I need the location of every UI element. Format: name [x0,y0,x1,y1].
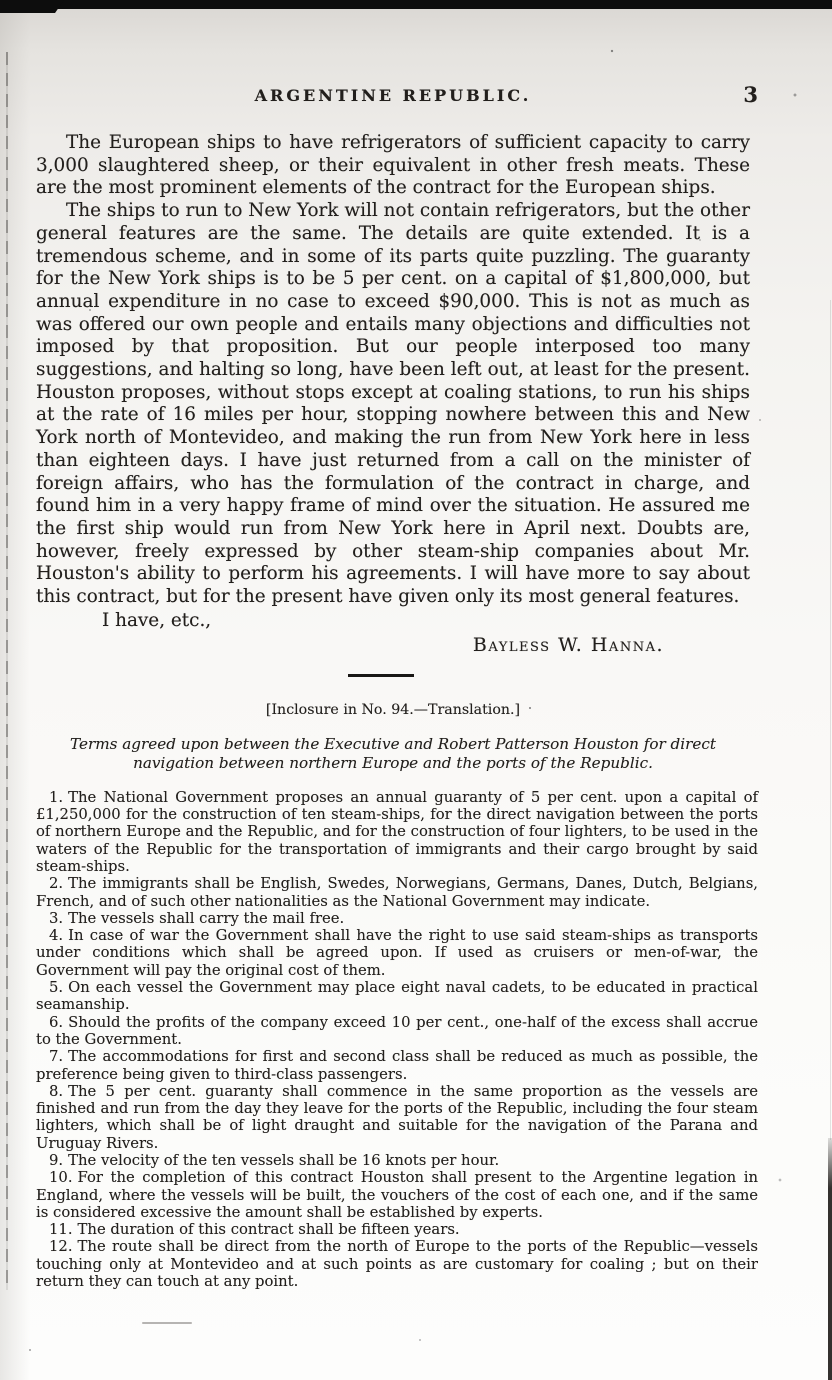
term-number: 4. [49,927,68,944]
terms-list: 1.The National Government proposes an an… [36,789,758,1291]
term-number: 9. [49,1152,68,1169]
term-text: In case of war the Government shall have… [36,927,758,979]
term-number: 8. [49,1083,68,1100]
term-text: The vessels shall carry the mail free. [68,910,344,927]
term-item: 2.The immigrants shall be English, Swede… [36,875,758,910]
term-item: 1.The National Government proposes an an… [36,789,758,875]
term-number: 1. [49,789,68,806]
term-item: 5.On each vessel the Government may plac… [36,979,758,1014]
term-item: 8.The 5 per cent. guaranty shall commenc… [36,1083,758,1152]
term-item: 11.The duration of this contract shall b… [36,1221,758,1238]
term-text: The accommodations for first and second … [36,1048,758,1082]
page-content: ARGENTINE REPUBLIC. 3 The European ships… [36,86,750,1290]
letter-closing: I have, etc., [36,609,750,632]
term-text: The 5 per cent. guaranty shall commence … [36,1083,758,1152]
term-text: The route shall be direct from the north… [36,1238,758,1290]
term-number: 3. [49,910,68,927]
letter-signature: Bayless W. Hanna. [36,634,750,657]
term-text: The velocity of the ten vessels shall be… [68,1152,499,1169]
term-text: For the completion of this contract Hous… [36,1169,758,1221]
term-number: 11. [49,1221,78,1238]
term-text: On each vessel the Government may place … [36,979,758,1013]
running-title: ARGENTINE REPUBLIC. [36,86,750,105]
term-text: The duration of this contract shall be f… [78,1221,460,1238]
term-item: 6.Should the profits of the company exce… [36,1014,758,1049]
term-text: The immigrants shall be English, Swedes,… [36,875,758,909]
section-divider-rule [348,674,414,677]
term-text: The National Government proposes an annu… [36,789,758,875]
inclosure-caption: [Inclosure in No. 94.—Translation.] [36,702,750,718]
scan-artifact-bottom-dash [142,1322,192,1324]
term-number: 5. [49,979,68,996]
letter-body: The European ships to have refrigerators… [36,132,750,657]
term-number: 10. [49,1169,78,1186]
scan-artifact-right-faint-line [830,300,831,1140]
term-item: 7.The accommodations for first and secon… [36,1048,758,1083]
term-number: 7. [49,1048,68,1065]
term-item: 3.The vessels shall carry the mail free. [36,910,758,927]
term-number: 6. [49,1014,68,1031]
letter-paragraph: The ships to run to New York will not co… [36,200,750,609]
letter-paragraph: The European ships to have refrigerators… [36,132,750,200]
scan-artifact-top-bar [0,0,832,9]
term-number: 2. [49,875,68,892]
term-item: 12.The route shall be direct from the no… [36,1238,758,1290]
inclosure-title: Terms agreed upon between the Executive … [36,735,750,774]
scan-artifact-right-line [828,1138,832,1380]
scan-artifact-left-line [6,52,8,1290]
page-number: 3 [743,82,758,107]
term-item: 4.In case of war the Government shall ha… [36,927,758,979]
inclosure-section: [Inclosure in No. 94.—Translation.] Term… [36,702,750,1291]
term-text: Should the profits of the company exceed… [36,1014,758,1048]
term-number: 12. [49,1238,78,1255]
page-header: ARGENTINE REPUBLIC. 3 [36,86,750,114]
scanned-document-page: ARGENTINE REPUBLIC. 3 The European ships… [0,0,832,1380]
term-item: 9.The velocity of the ten vessels shall … [36,1152,758,1169]
term-item: 10.For the completion of this contract H… [36,1169,758,1221]
